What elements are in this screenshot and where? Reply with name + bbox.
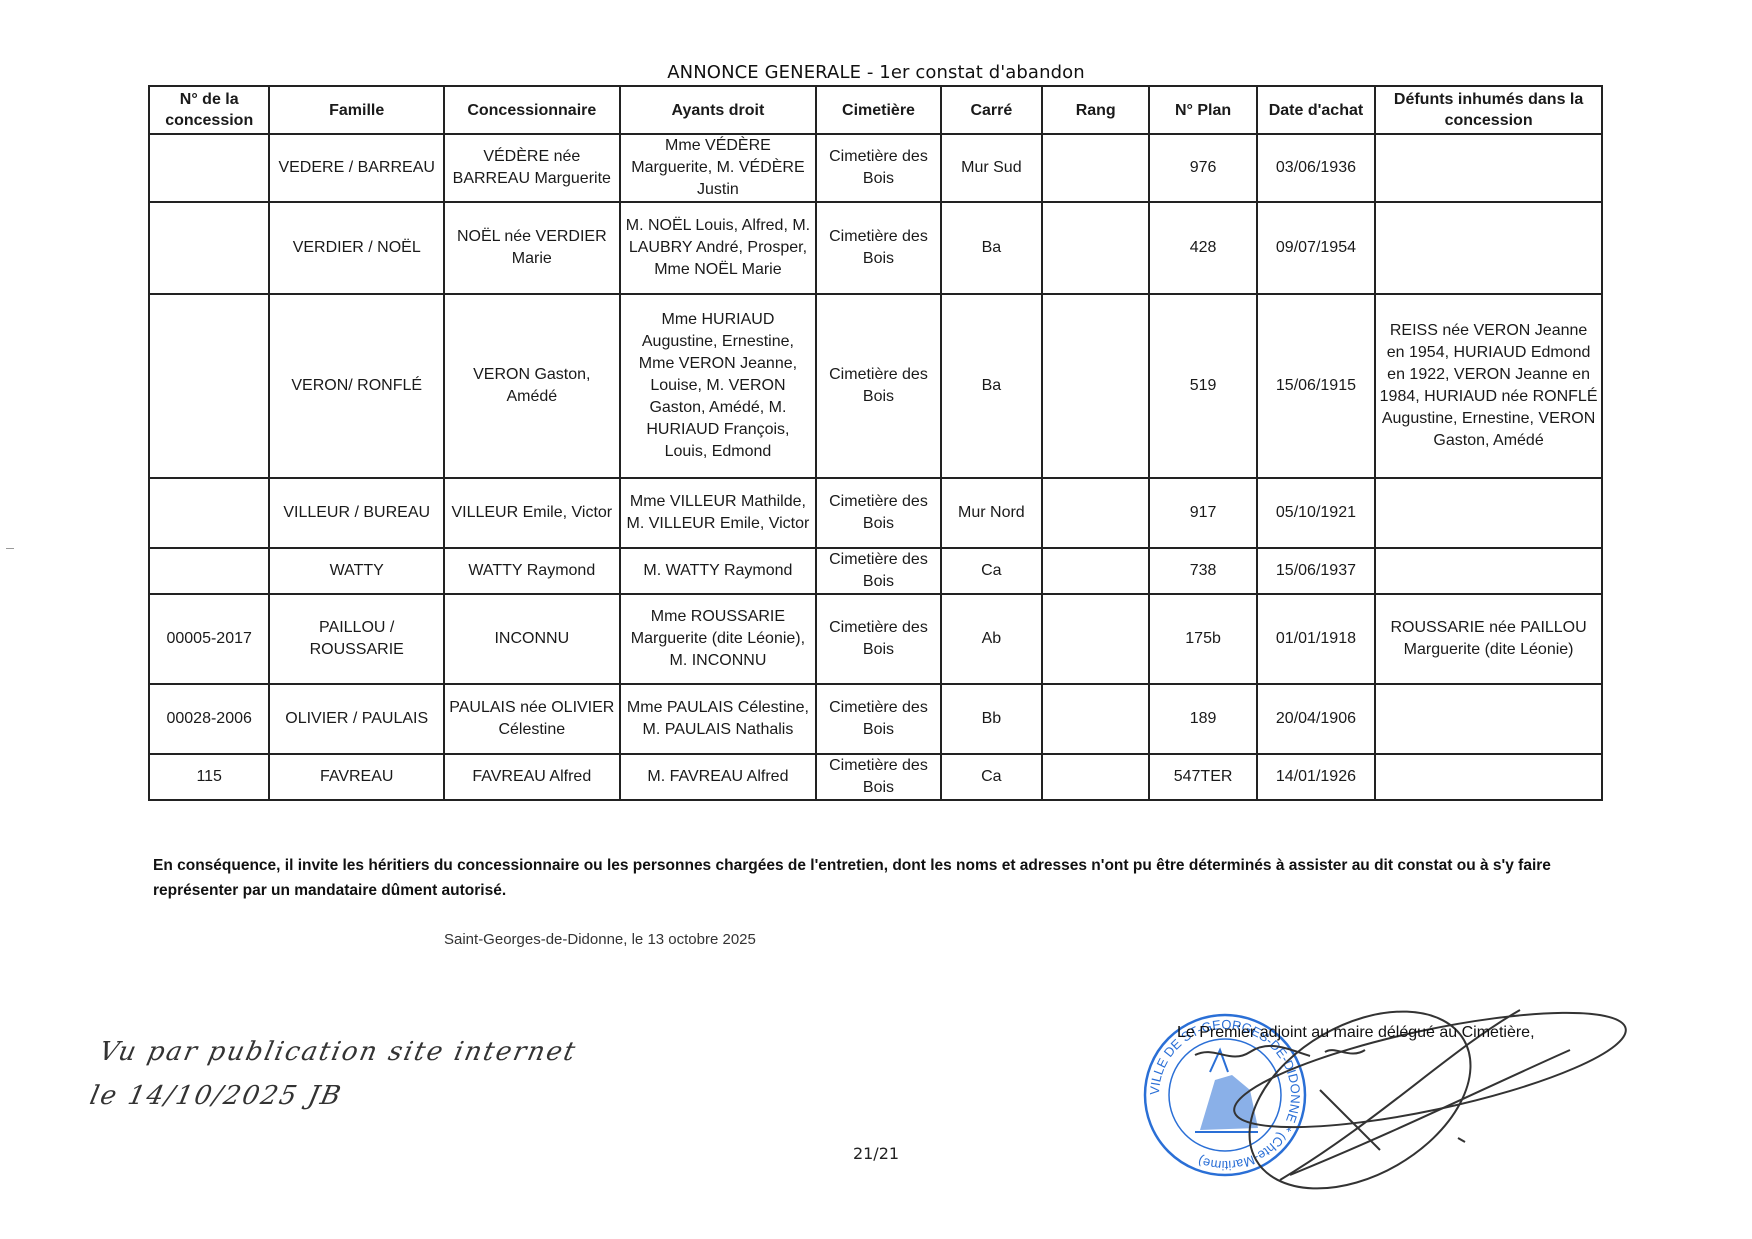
cell-num: 115 (149, 754, 269, 800)
cell-num (149, 294, 269, 478)
scan-mark (6, 548, 14, 549)
header-famille: Famille (269, 86, 444, 134)
cell-plan: 175b (1149, 594, 1256, 684)
page-title: ANNONCE GENERALE - 1er constat d'abandon (0, 62, 1752, 83)
table-body: VEDERE / BARREAUVÉDÈRE née BARREAU Margu… (149, 134, 1602, 800)
cell-defunts: REISS née VERON Jeanne en 1954, HURIAUD … (1375, 294, 1602, 478)
cell-date-achat: 01/01/1918 (1257, 594, 1375, 684)
cell-carre: Ba (941, 294, 1042, 478)
cell-num: 00028-2006 (149, 684, 269, 754)
cell-cimetiere: Cimetière des Bois (816, 594, 940, 684)
cell-date-achat: 15/06/1915 (1257, 294, 1375, 478)
cell-plan: 976 (1149, 134, 1256, 202)
cell-cimetiere: Cimetière des Bois (816, 754, 940, 800)
cell-plan: 547TER (1149, 754, 1256, 800)
cell-plan: 428 (1149, 202, 1256, 294)
cell-rang (1042, 478, 1149, 548)
notice-paragraph: En conséquence, il invite les héritiers … (153, 853, 1593, 903)
header-concessionnaire: Concessionnaire (444, 86, 620, 134)
cell-cimetiere: Cimetière des Bois (816, 134, 940, 202)
cell-rang (1042, 594, 1149, 684)
cell-rang (1042, 294, 1149, 478)
cell-carre: Mur Sud (941, 134, 1042, 202)
cell-ayants-droit: Mme ROUSSARIE Marguerite (dite Léonie), … (620, 594, 817, 684)
cell-plan: 519 (1149, 294, 1256, 478)
signature-scribble-icon (1120, 990, 1640, 1210)
cell-concessionnaire: VERON Gaston, Amédé (444, 294, 620, 478)
cell-famille: OLIVIER / PAULAIS (269, 684, 444, 754)
cell-ayants-droit: Mme HURIAUD Augustine, Ernestine, Mme VE… (620, 294, 817, 478)
place-date: Saint-Georges-de-Didonne, le 13 octobre … (444, 930, 784, 950)
cell-cimetiere: Cimetière des Bois (816, 294, 940, 478)
cell-num (149, 202, 269, 294)
cell-rang (1042, 202, 1149, 294)
cell-defunts (1375, 754, 1602, 800)
handwritten-annotation: Vu par publication site internet le 14/1… (86, 1030, 581, 1118)
cell-rang (1042, 684, 1149, 754)
cell-carre: Ba (941, 202, 1042, 294)
cell-date-achat: 05/10/1921 (1257, 478, 1375, 548)
table-row: VILLEUR / BUREAUVILLEUR Emile, VictorMme… (149, 478, 1602, 548)
cell-date-achat: 09/07/1954 (1257, 202, 1375, 294)
header-defunts: Défunts inhumés dans la concession (1375, 86, 1602, 134)
cell-famille: VERDIER / NOËL (269, 202, 444, 294)
table-row: VERDIER / NOËLNOËL née VERDIER MarieM. N… (149, 202, 1602, 294)
cell-concessionnaire: VÉDÈRE née BARREAU Marguerite (444, 134, 620, 202)
table-row: 00005-2017PAILLOU / ROUSSARIEINCONNUMme … (149, 594, 1602, 684)
cell-cimetiere: Cimetière des Bois (816, 202, 940, 294)
concessions-table: N° de la concession Famille Concessionna… (148, 85, 1603, 801)
cell-date-achat: 15/06/1937 (1257, 548, 1375, 594)
table-row: 00028-2006OLIVIER / PAULAISPAULAIS née O… (149, 684, 1602, 754)
cell-famille: WATTY (269, 548, 444, 594)
cell-plan: 738 (1149, 548, 1256, 594)
header-rang: Rang (1042, 86, 1149, 134)
cell-concessionnaire: VILLEUR Emile, Victor (444, 478, 620, 548)
cell-ayants-droit: M. NOËL Louis, Alfred, M. LAUBRY André, … (620, 202, 817, 294)
signatory-title: Le Premier adjoint au maire délégué au C… (1177, 1024, 1535, 1042)
cell-defunts (1375, 134, 1602, 202)
cell-carre: Bb (941, 684, 1042, 754)
cell-defunts: ROUSSARIE née PAILLOU Marguerite (dite L… (1375, 594, 1602, 684)
cell-num (149, 548, 269, 594)
cell-date-achat: 20/04/1906 (1257, 684, 1375, 754)
cell-cimetiere: Cimetière des Bois (816, 548, 940, 594)
cell-rang (1042, 754, 1149, 800)
table-header-row: N° de la concession Famille Concessionna… (149, 86, 1602, 134)
cell-defunts (1375, 684, 1602, 754)
cell-carre: Ab (941, 594, 1042, 684)
cell-plan: 917 (1149, 478, 1256, 548)
cell-ayants-droit: M. FAVREAU Alfred (620, 754, 817, 800)
cell-cimetiere: Cimetière des Bois (816, 684, 940, 754)
header-ayants-droit: Ayants droit (620, 86, 817, 134)
cell-concessionnaire: NOËL née VERDIER Marie (444, 202, 620, 294)
header-date-achat: Date d'achat (1257, 86, 1375, 134)
cell-rang (1042, 548, 1149, 594)
cell-carre: Ca (941, 754, 1042, 800)
cell-famille: VILLEUR / BUREAU (269, 478, 444, 548)
header-carre: Carré (941, 86, 1042, 134)
cell-ayants-droit: Mme VILLEUR Mathilde, M. VILLEUR Emile, … (620, 478, 817, 548)
cell-ayants-droit: M. WATTY Raymond (620, 548, 817, 594)
cell-rang (1042, 134, 1149, 202)
cell-famille: VERON/ RONFLÉ (269, 294, 444, 478)
cell-ayants-droit: Mme PAULAIS Célestine, M. PAULAIS Nathal… (620, 684, 817, 754)
signature-block: VILLE DE ST-GEORGES-DE-DIDONNE * (Chte-M… (1120, 990, 1640, 1210)
header-plan: N° Plan (1149, 86, 1256, 134)
table-row: 115FAVREAUFAVREAU AlfredM. FAVREAU Alfre… (149, 754, 1602, 800)
cell-num (149, 134, 269, 202)
cell-concessionnaire: INCONNU (444, 594, 620, 684)
cell-famille: FAVREAU (269, 754, 444, 800)
header-cimetiere: Cimetière (816, 86, 940, 134)
cell-defunts (1375, 548, 1602, 594)
table-row: VERON/ RONFLÉVERON Gaston, AmédéMme HURI… (149, 294, 1602, 478)
handwritten-line-2: le 14/10/2025 JB (86, 1074, 572, 1118)
table-row: VEDERE / BARREAUVÉDÈRE née BARREAU Margu… (149, 134, 1602, 202)
cell-cimetiere: Cimetière des Bois (816, 478, 940, 548)
cell-concessionnaire: PAULAIS née OLIVIER Célestine (444, 684, 620, 754)
cell-plan: 189 (1149, 684, 1256, 754)
cell-concessionnaire: FAVREAU Alfred (444, 754, 620, 800)
cell-num (149, 478, 269, 548)
cell-num: 00005-2017 (149, 594, 269, 684)
cell-carre: Mur Nord (941, 478, 1042, 548)
table-row: WATTYWATTY RaymondM. WATTY RaymondCimeti… (149, 548, 1602, 594)
cell-defunts (1375, 478, 1602, 548)
cell-famille: PAILLOU / ROUSSARIE (269, 594, 444, 684)
cell-defunts (1375, 202, 1602, 294)
cell-carre: Ca (941, 548, 1042, 594)
cell-famille: VEDERE / BARREAU (269, 134, 444, 202)
header-num: N° de la concession (149, 86, 269, 134)
cell-concessionnaire: WATTY Raymond (444, 548, 620, 594)
cell-ayants-droit: Mme VÉDÈRE Marguerite, M. VÉDÈRE Justin (620, 134, 817, 202)
cell-date-achat: 03/06/1936 (1257, 134, 1375, 202)
handwritten-line-1: Vu par publication site internet (95, 1030, 581, 1074)
cell-date-achat: 14/01/1926 (1257, 754, 1375, 800)
